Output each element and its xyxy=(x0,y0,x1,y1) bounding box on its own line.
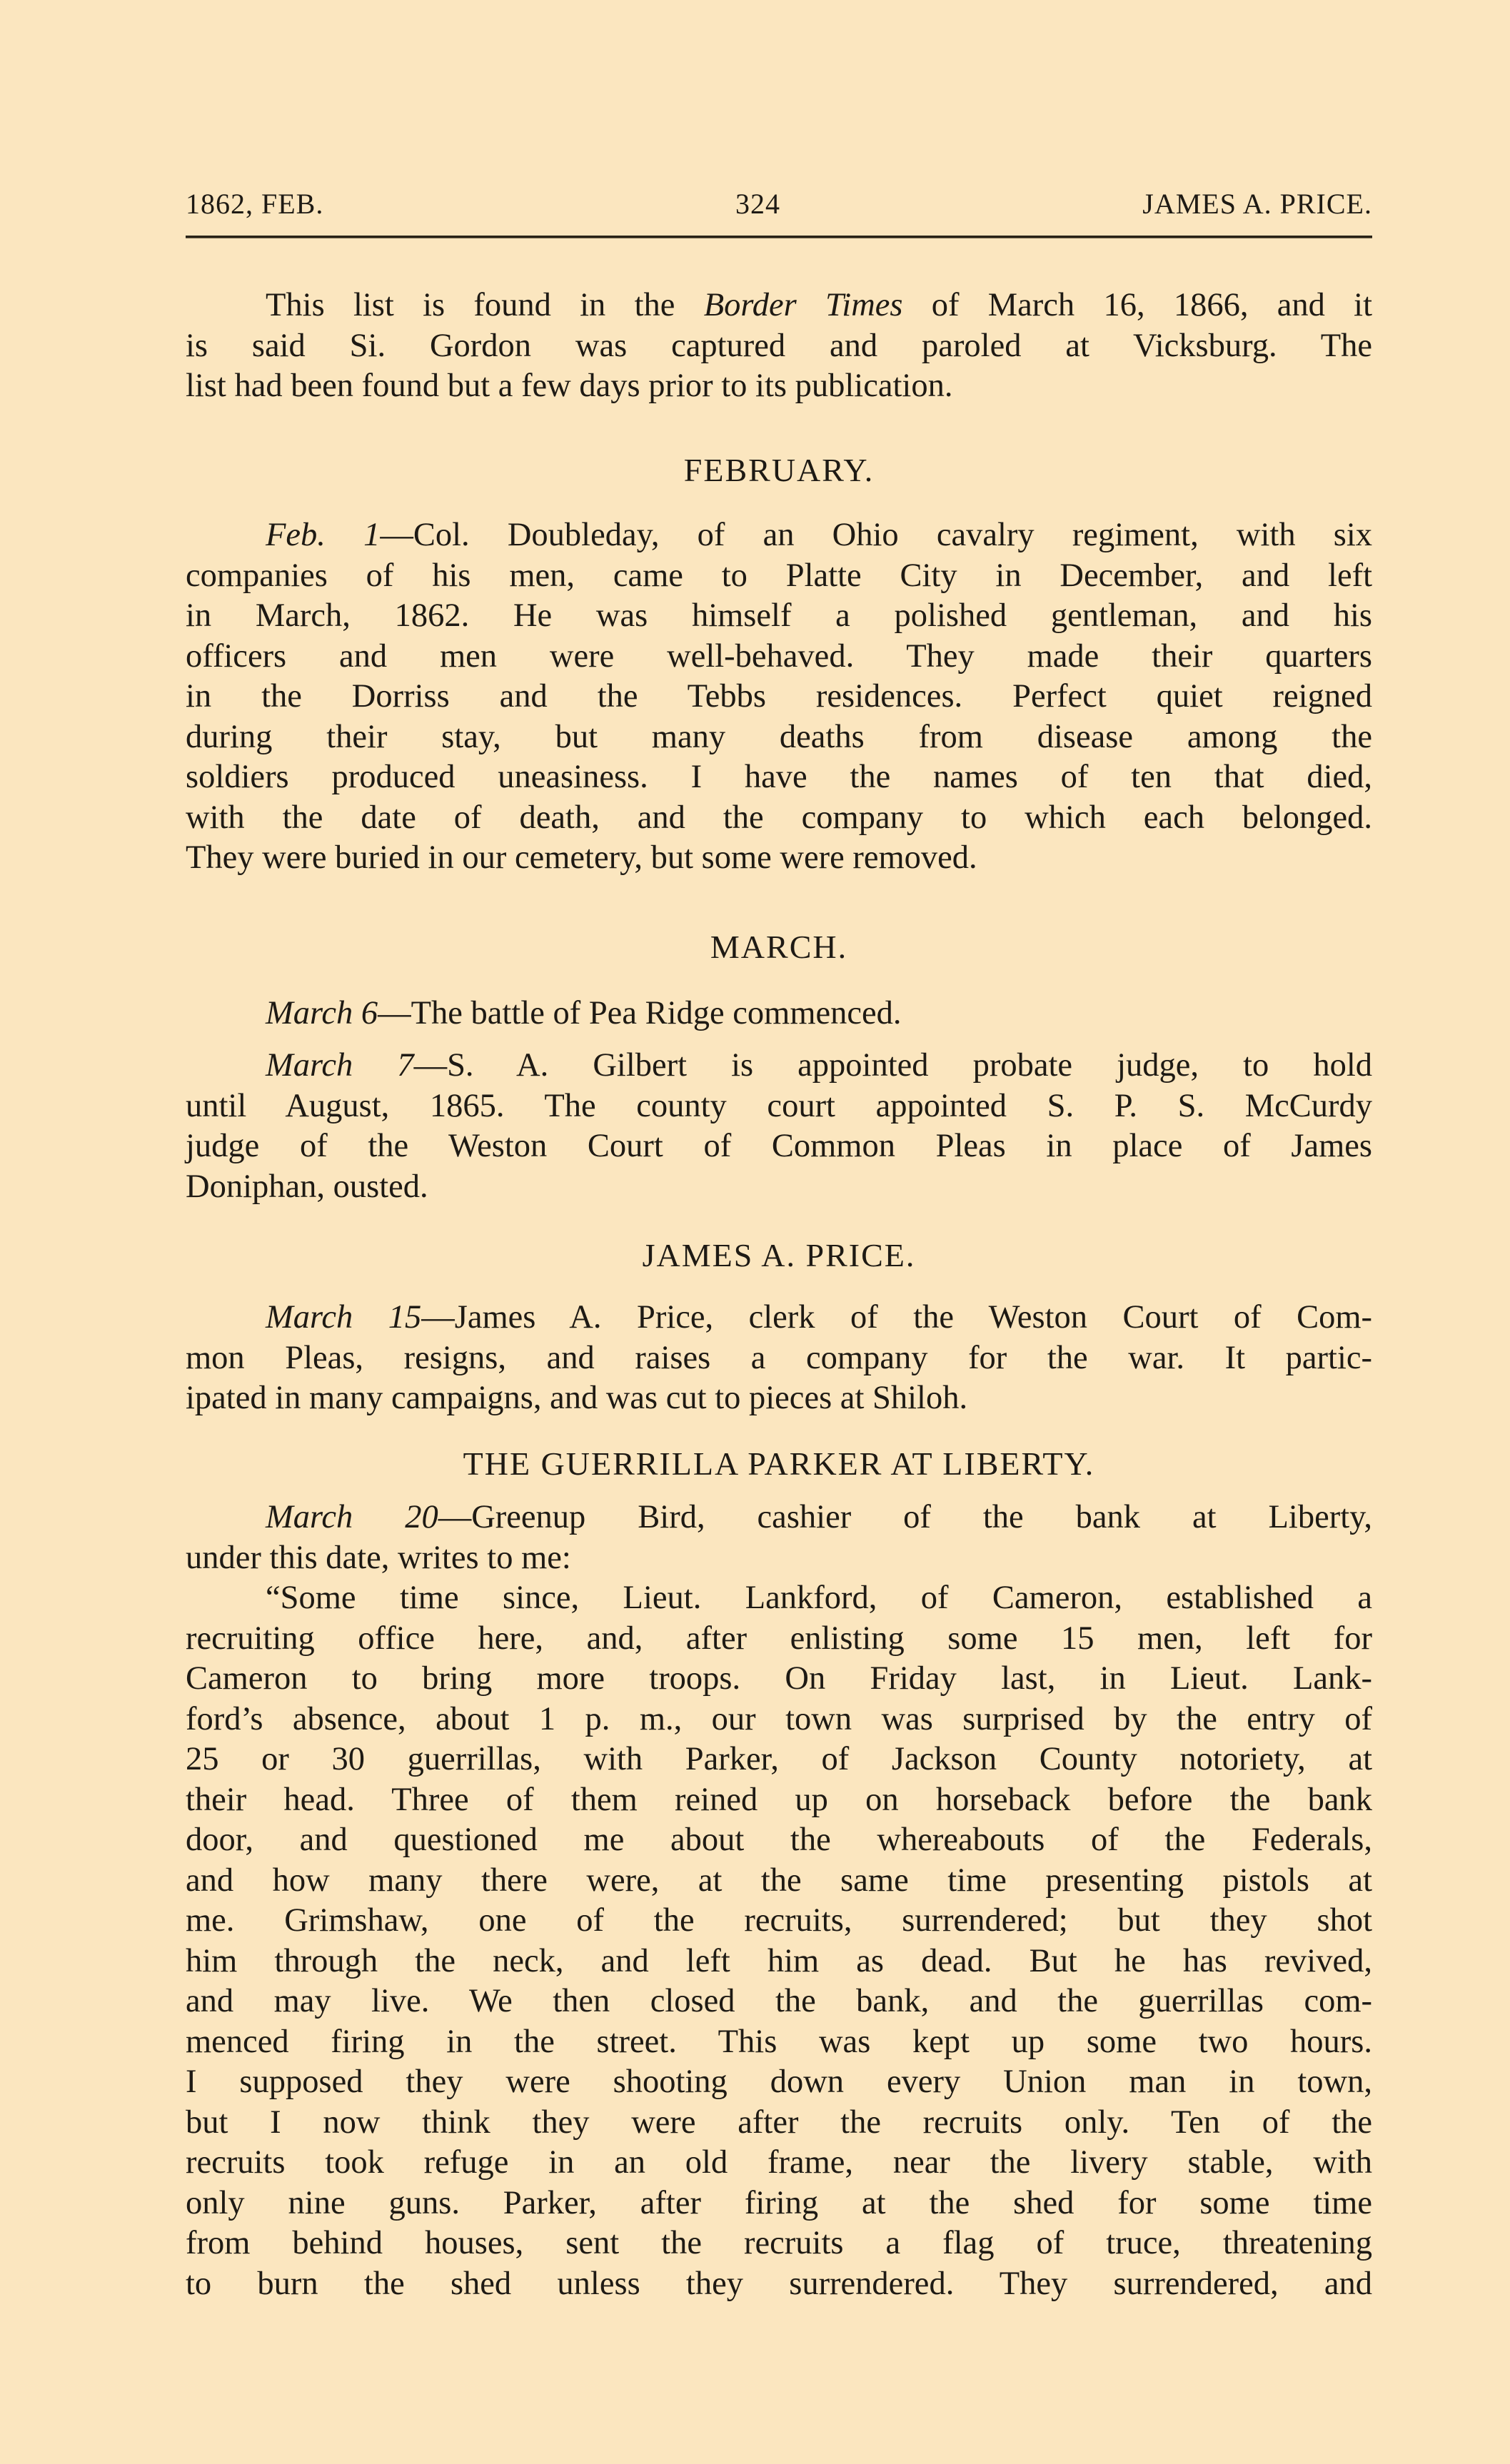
march-6-entry: March 6—The battle of Pea Ridge commence… xyxy=(186,994,1372,1034)
running-head-title: JAMES A. PRICE. xyxy=(1142,187,1372,221)
header-rule xyxy=(186,236,1372,238)
text-line: in the Dorriss and the Tebbs residences.… xyxy=(186,677,1372,717)
text-line: March 15—James A. Price, clerk of the We… xyxy=(186,1298,1372,1338)
quote-line: menced firing in the street. This was ke… xyxy=(186,2022,1372,2063)
text-line: Feb. 1—Col. Doubleday, of an Ohio cavalr… xyxy=(186,515,1372,556)
text-line: during their stay, but many deaths from … xyxy=(186,717,1372,758)
page-number: 324 xyxy=(735,187,780,221)
newspaper-title: Border Times xyxy=(704,287,903,323)
running-head-date: 1862, FEB. xyxy=(186,187,323,221)
quote-line: me. Grimshaw, one of the recruits, surre… xyxy=(186,1901,1372,1942)
quote-line: and how many there were, at the same tim… xyxy=(186,1861,1372,1902)
entry-date: March 7 xyxy=(266,1047,414,1084)
quote-line: door, and questioned me about the wherea… xyxy=(186,1820,1372,1861)
quote-line: I supposed they were shooting down every… xyxy=(186,2062,1372,2103)
text-line: list had been found but a few days prior… xyxy=(186,366,1372,407)
text-line: is said Si. Gordon was captured and paro… xyxy=(186,326,1372,367)
quote-line: recruiting office here, and, after enlis… xyxy=(186,1619,1372,1660)
quote-line: to burn the shed unless they surrendered… xyxy=(186,2264,1372,2305)
text-line: Doniphan, ousted. xyxy=(186,1167,1372,1208)
quote-line: “Some time since, Lieut. Lankford, of Ca… xyxy=(186,1578,1372,1619)
text-line: in March, 1862. He was himself a polishe… xyxy=(186,596,1372,637)
entry-date: March 20 xyxy=(266,1499,438,1535)
text-line: soldiers produced uneasiness. I have the… xyxy=(186,757,1372,798)
text-line: March 7—S. A. Gilbert is appointed proba… xyxy=(186,1046,1372,1086)
quote-line: 25 or 30 guerrillas, with Parker, of Jac… xyxy=(186,1740,1372,1780)
quote-line: Cameron to bring more troops. On Friday … xyxy=(186,1659,1372,1700)
text-line: This list is found in the Border Times o… xyxy=(186,286,1372,326)
march-7-entry: March 7—S. A. Gilbert is appointed proba… xyxy=(186,1046,1372,1207)
intro-paragraph: This list is found in the Border Times o… xyxy=(186,286,1372,407)
text-line: until August, 1865. The county court app… xyxy=(186,1086,1372,1127)
text-line: companies of his men, came to Platte Cit… xyxy=(186,556,1372,597)
section-heading-march: MARCH. xyxy=(186,928,1372,966)
quote-line: their head. Three of them reined up on h… xyxy=(186,1780,1372,1821)
text-line: March 20—Greenup Bird, cashier of the ba… xyxy=(186,1498,1372,1538)
quote-line: him through the neck, and left him as de… xyxy=(186,1942,1372,1982)
entry-date: March 15 xyxy=(266,1299,421,1335)
february-entry: Feb. 1—Col. Doubleday, of an Ohio cavalr… xyxy=(186,515,1372,879)
march-20-entry: March 20—Greenup Bird, cashier of the ba… xyxy=(186,1498,1372,2304)
running-head: 1862, FEB. 324 JAMES A. PRICE. xyxy=(186,187,1372,230)
text-line: under this date, writes to me: xyxy=(186,1538,1372,1579)
text-line: with the date of death, and the company … xyxy=(186,798,1372,839)
text-line: mon Pleas, resigns, and raises a company… xyxy=(186,1338,1372,1379)
quote-line: and may live. We then closed the bank, a… xyxy=(186,1981,1372,2022)
quote-line: from behind houses, sent the recruits a … xyxy=(186,2223,1372,2264)
text-line: officers and men were well-behaved. They… xyxy=(186,637,1372,677)
quote-line: but I now think they were after the recr… xyxy=(186,2103,1372,2144)
text-line: judge of the Weston Court of Common Plea… xyxy=(186,1126,1372,1167)
section-heading-guerrilla: THE GUERRILLA PARKER AT LIBERTY. xyxy=(186,1445,1372,1483)
section-heading-february: FEBRUARY. xyxy=(186,451,1372,489)
march-15-entry: March 15—James A. Price, clerk of the We… xyxy=(186,1298,1372,1419)
quote-line: ford’s absence, about 1 p. m., our town … xyxy=(186,1700,1372,1740)
quote-line: only nine guns. Parker, after firing at … xyxy=(186,2183,1372,2224)
section-heading-james-price: JAMES A. PRICE. xyxy=(186,1236,1372,1274)
text-line: March 6—The battle of Pea Ridge commence… xyxy=(186,994,1372,1034)
text-line: ipated in many campaigns, and was cut to… xyxy=(186,1378,1372,1419)
entry-date: Feb. 1 xyxy=(266,517,380,553)
quote-line: recruits took refuge in an old frame, ne… xyxy=(186,2143,1372,2183)
text-line: They were buried in our cemetery, but so… xyxy=(186,838,1372,879)
entry-date: March 6 xyxy=(266,995,378,1031)
